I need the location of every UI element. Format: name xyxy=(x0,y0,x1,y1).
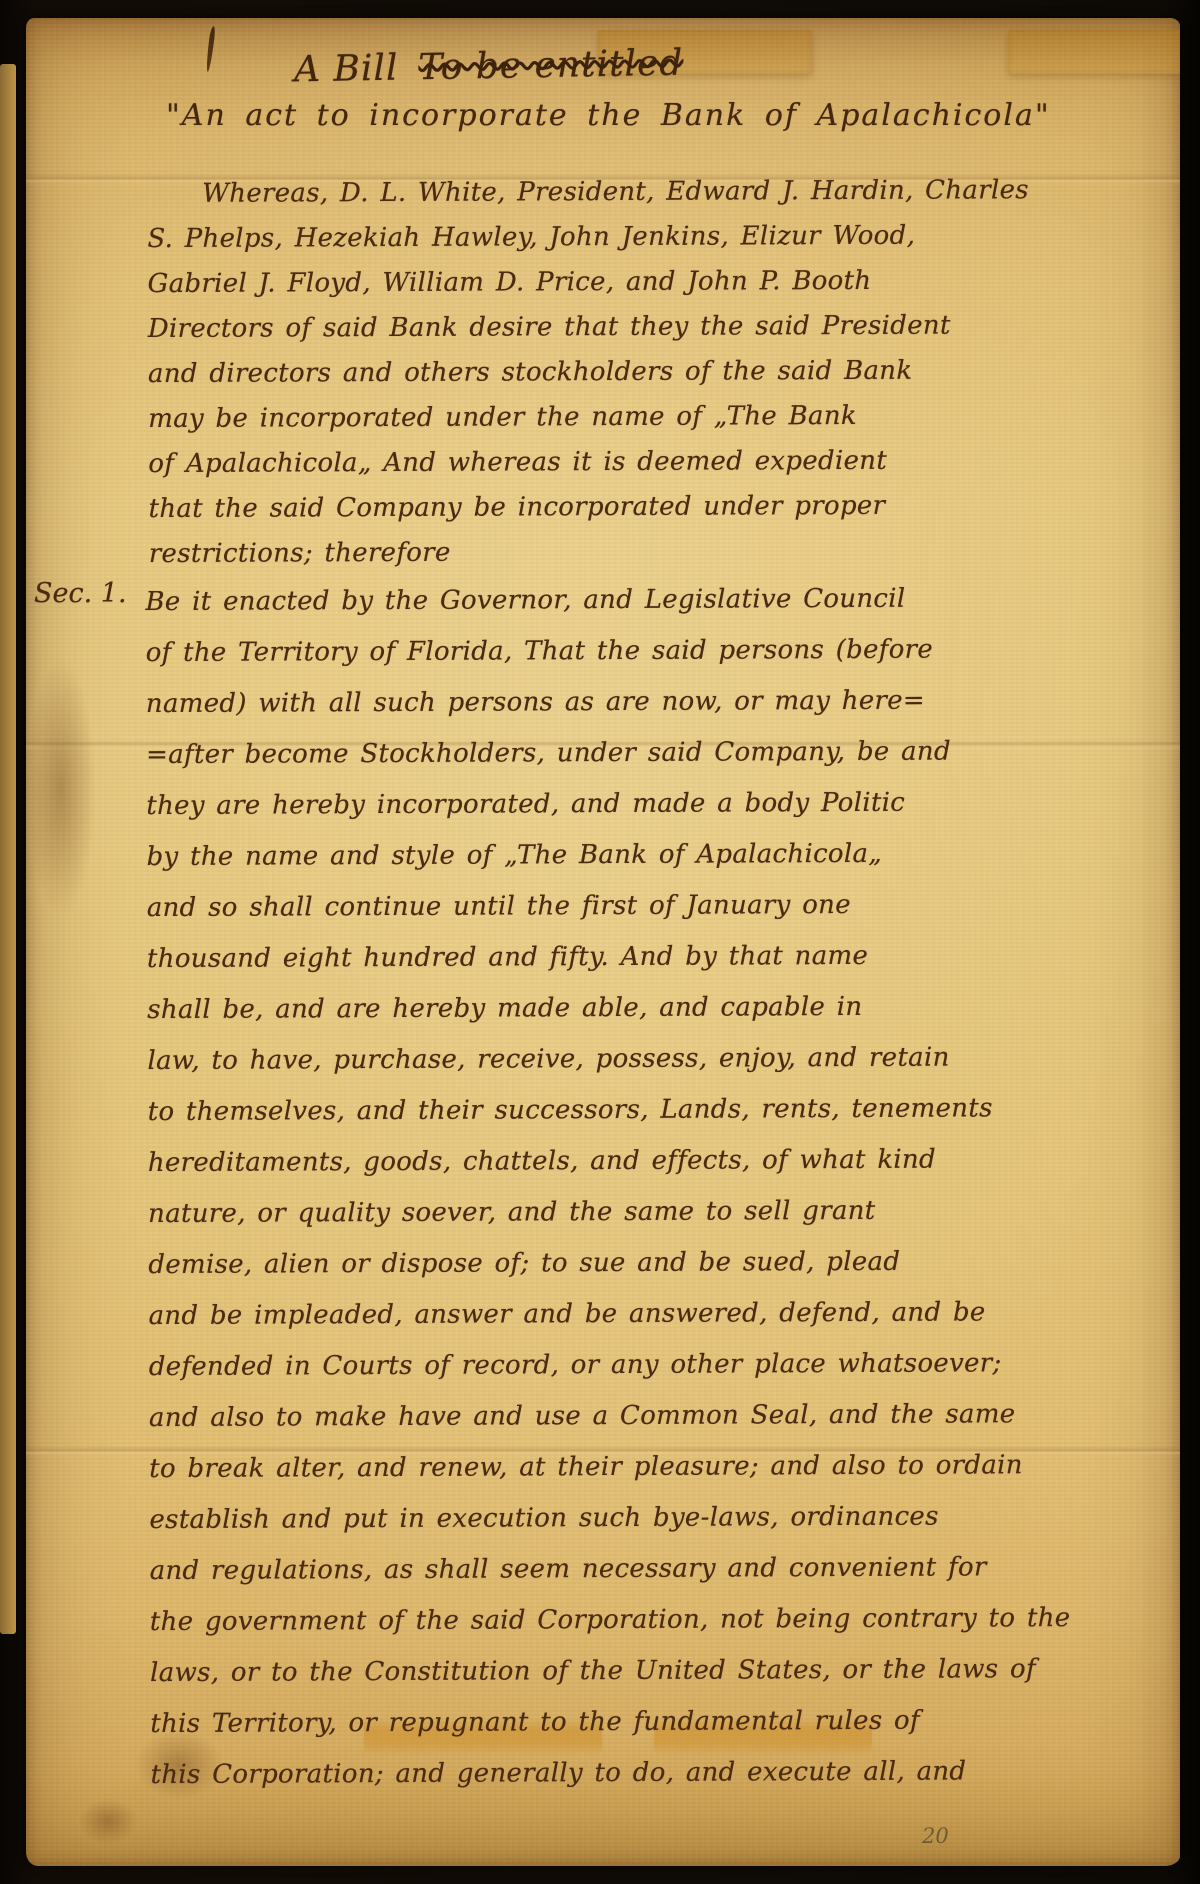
text-line: Be it enacted by the Governor, and Legis… xyxy=(145,573,1075,628)
text-line: and directors and others stockholders of… xyxy=(148,348,1078,397)
text-line: nature, or quality soever, and the same … xyxy=(148,1185,1078,1240)
text-line: Directors of said Bank desire that they … xyxy=(148,303,1078,352)
text-line: Whereas, D. L. White, President, Edward … xyxy=(147,168,1077,217)
text-line: =after become Stockholders, under said C… xyxy=(146,726,1076,781)
whereas-paragraph: Whereas, D. L. White, President, Edward … xyxy=(147,168,1079,577)
text-line: laws, or to the Constitution of the Unit… xyxy=(150,1644,1080,1699)
text-line: to themselves, and their successors, Lan… xyxy=(148,1083,1078,1138)
page-number: 20 xyxy=(922,1824,949,1848)
text-line: and so shall continue until the first of… xyxy=(147,879,1077,934)
text-line: may be incorporated under the name of „T… xyxy=(148,393,1078,442)
text-line: and also to make have and use a Common S… xyxy=(149,1389,1079,1444)
text-line: establish and put in execution such bye-… xyxy=(149,1491,1079,1546)
section1-paragraph: Be it enacted by the Governor, and Legis… xyxy=(145,573,1080,1801)
text-line: restrictions; therefore xyxy=(149,528,1079,577)
text-line: thousand eight hundred and fifty. And by… xyxy=(147,930,1077,985)
act-title: "An act to incorporate the Bank of Apala… xyxy=(166,98,1051,133)
tape-mark xyxy=(1008,30,1180,74)
text-line: this Territory, or repugnant to the fund… xyxy=(150,1695,1080,1750)
text-line: hereditaments, goods, chattels, and effe… xyxy=(148,1134,1078,1189)
under-page-edge xyxy=(0,64,16,1634)
text-line: that the said Company be incorporated un… xyxy=(148,483,1078,532)
text-line: of Apalachicola„ And whereas it is deeme… xyxy=(148,438,1078,487)
scan-background: A BillTo be entitled "An act to incorpor… xyxy=(0,0,1200,1884)
text-line: demise, alien or dispose of; to sue and … xyxy=(148,1236,1078,1291)
caption-text: A Bill xyxy=(294,48,399,91)
text-line: shall be, and are hereby made able, and … xyxy=(147,981,1077,1036)
text-line: they are hereby incorporated, and made a… xyxy=(146,777,1076,832)
paper-stain xyxy=(26,658,96,918)
text-line: and regulations, as shall seem necessary… xyxy=(150,1542,1080,1597)
text-line: S. Phelps, Hezekiah Hawley, John Jenkins… xyxy=(147,213,1077,262)
ink-mark xyxy=(205,26,216,72)
caption-struck-text: To be entitled xyxy=(418,43,684,89)
text-line: Gabriel J. Floyd, William D. Price, and … xyxy=(148,258,1078,307)
text-line: law, to have, purchase, receive, possess… xyxy=(147,1032,1077,1087)
text-line: named) with all such persons as are now,… xyxy=(146,675,1076,730)
text-line: the government of the said Corporation, … xyxy=(150,1593,1080,1648)
text-line: to break alter, and renew, at their plea… xyxy=(149,1440,1079,1495)
text-line: of the Territory of Florida, That the sa… xyxy=(146,624,1076,679)
text-line: and be impleaded, answer and be answered… xyxy=(148,1287,1078,1342)
ink-stain xyxy=(78,1798,138,1844)
text-line: this Corporation; and generally to do, a… xyxy=(150,1746,1080,1801)
section-label: Sec. 1. xyxy=(34,578,127,609)
text-line: defended in Courts of record, or any oth… xyxy=(149,1338,1079,1393)
text-line: by the name and style of „The Bank of Ap… xyxy=(146,828,1076,883)
bill-caption: A BillTo be entitled xyxy=(294,43,684,91)
manuscript-page: A BillTo be entitled "An act to incorpor… xyxy=(26,18,1180,1866)
